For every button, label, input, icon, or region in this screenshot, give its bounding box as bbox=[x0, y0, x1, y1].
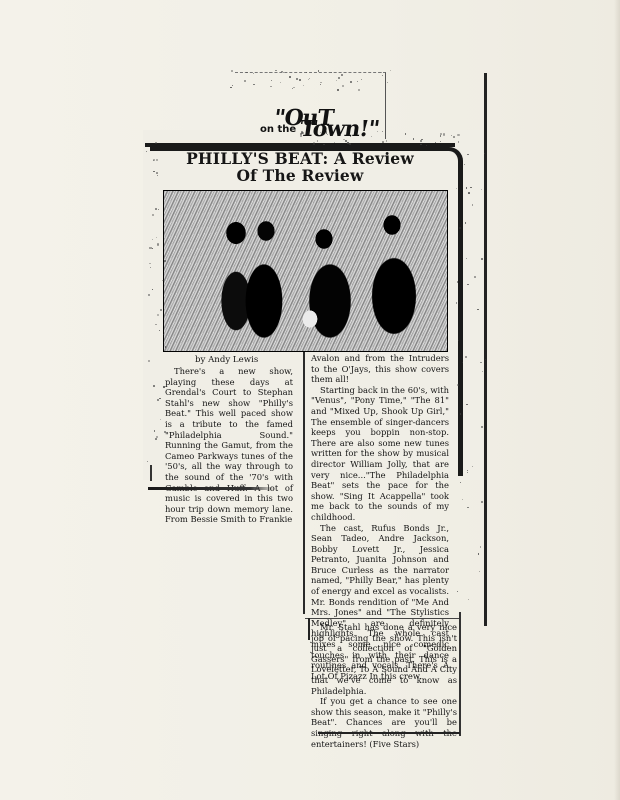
paragraph: If you get a chance to see one show this… bbox=[311, 696, 457, 749]
scanned-page: "OuT on the Town!" PHILLY'S BEAT: A Revi… bbox=[0, 0, 620, 800]
page-edge-shadow bbox=[614, 0, 620, 800]
article-headline: PHILLY'S BEAT: A Review Of The Review bbox=[150, 150, 450, 184]
masthead-town: Town!" bbox=[298, 116, 380, 142]
paragraph: There's a new show, playing these days a… bbox=[165, 366, 293, 525]
left-column-bottom-rule bbox=[148, 487, 276, 490]
paragraph: Starting back in the 60's, with "Venus",… bbox=[311, 385, 449, 523]
boxed-section-left-border bbox=[308, 618, 310, 640]
boxed-section-right-border bbox=[459, 612, 461, 736]
paragraph: Mr. Stahl has done a very nice job of pa… bbox=[311, 622, 457, 696]
boxed-section-bottom-rule bbox=[318, 732, 460, 734]
article-column-boxed: Mr. Stahl has done a very nice job of pa… bbox=[311, 622, 457, 749]
clipping-right-border bbox=[484, 73, 487, 626]
headline-line-2: Of The Review bbox=[150, 167, 450, 184]
column-divider bbox=[303, 352, 305, 614]
byline: by Andy Lewis bbox=[195, 355, 258, 365]
boxed-section-top-rule bbox=[305, 618, 460, 619]
article-column-left: There's a new show, playing these days a… bbox=[165, 366, 293, 525]
headline-line-1: PHILLY'S BEAT: A Review bbox=[150, 150, 450, 167]
left-column-edge bbox=[150, 465, 152, 481]
cast-photo bbox=[163, 190, 448, 352]
masthead-on-the: on the bbox=[260, 124, 296, 135]
paragraph: Avalon and from the Intruders to the O'J… bbox=[311, 353, 449, 385]
